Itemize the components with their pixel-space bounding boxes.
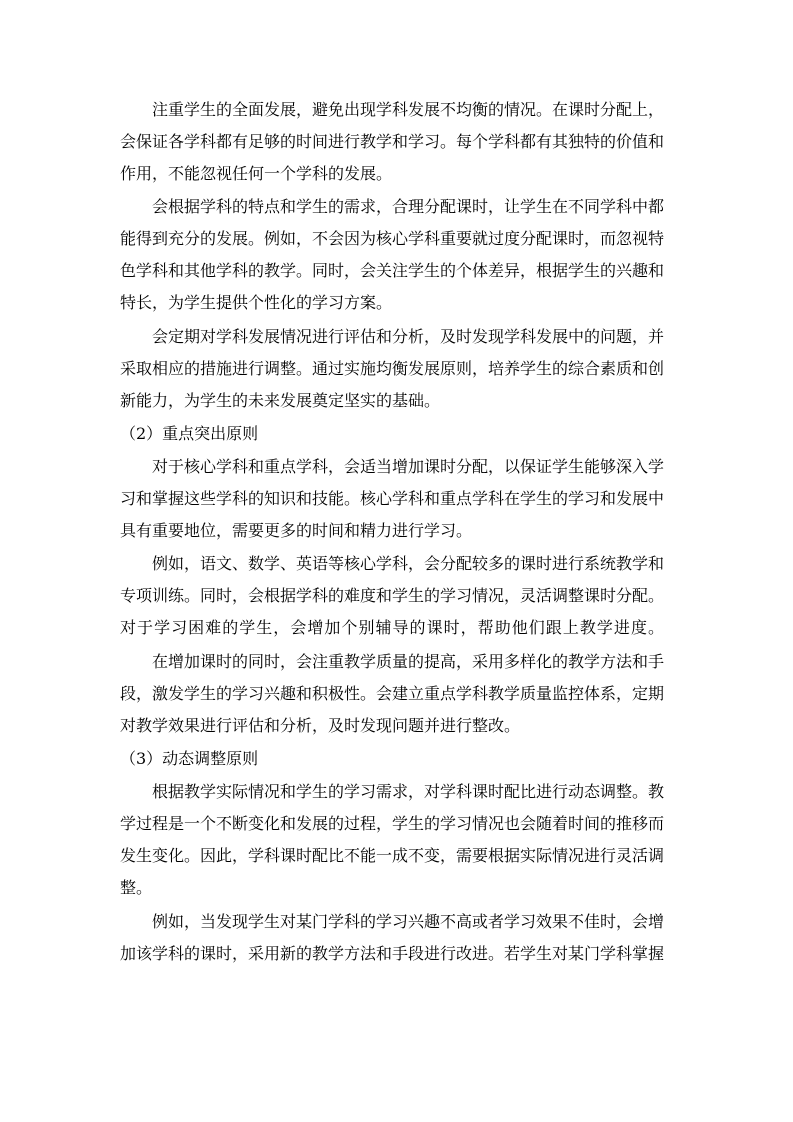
- document-page: 注重学生的全面发展，避免出现学科发展不均衡的情况。在课时分配上， 会保证各学科都…: [0, 0, 793, 1122]
- text-line: 整。: [120, 872, 664, 904]
- text-line: 作用，不能忽视任何一个学科的发展。: [120, 158, 664, 190]
- text-line: 色学科和其他学科的教学。同时，会关注学生的个体差异，根据学生的兴趣和: [120, 255, 664, 287]
- text-line: 特长，为学生提供个性化的学习方案。: [120, 287, 664, 319]
- text-line: 发生变化。因此，学科课时配比不能一成不变，需要根据实际情况进行灵活调: [120, 840, 664, 872]
- text-line: 具有重要地位，需要更多的时间和精力进行学习。: [120, 515, 664, 547]
- text-line: 习和掌握这些学科的知识和技能。核心学科和重点学科在学生的学习和发展中: [120, 483, 664, 515]
- text-line: 学过程是一个不断变化和发展的过程，学生的学习情况也会随着时间的推移而: [120, 808, 664, 840]
- text-line: 采取相应的措施进行调整。通过实施均衡发展原则，培养学生的综合素质和创: [120, 353, 664, 385]
- paragraph-adjustment-example: 例如，当发现学生对某门学科的学习兴趣不高或者学习效果不佳时，会增 加该学科的课时…: [120, 906, 664, 970]
- paragraph-evaluation: 会定期对学科发展情况进行评估和分析，及时发现学科发展中的问题，并 采取相应的措施…: [120, 321, 664, 417]
- text-line: 加该学科的课时，采用新的教学方法和手段进行改进。若学生对某门学科掌握: [120, 938, 664, 970]
- text-line: 会定期对学科发展情况进行评估和分析，及时发现学科发展中的问题，并: [120, 321, 664, 353]
- paragraph-teaching-quality: 在增加课时的同时，会注重教学质量的提高，采用多样化的教学方法和手 段，激发学生的…: [120, 646, 664, 742]
- text-line: 例如，语文、数学、英语等核心学科，会分配较多的课时进行系统教学和: [120, 548, 664, 580]
- section-heading-dynamic-adjustment: （3）动态调整原则: [120, 743, 664, 775]
- text-line: 在增加课时的同时，会注重教学质量的提高，采用多样化的教学方法和手: [120, 646, 664, 678]
- heading-text: （2）重点突出原则: [120, 418, 664, 450]
- text-line: 对教学效果进行评估和分析，及时发现问题并进行整改。: [120, 710, 664, 742]
- paragraph-core-subjects: 对于核心学科和重点学科，会适当增加课时分配，以保证学生能够深入学 习和掌握这些学…: [120, 451, 664, 547]
- paragraph-allocation: 会根据学科的特点和学生的需求，合理分配课时，让学生在不同学科中都 能得到充分的发…: [120, 191, 664, 319]
- heading-text: （3）动态调整原则: [120, 743, 664, 775]
- text-line: 会保证各学科都有足够的时间进行教学和学习。每个学科都有其独特的价值和: [120, 126, 664, 158]
- paragraph-balanced-development: 注重学生的全面发展，避免出现学科发展不均衡的情况。在课时分配上， 会保证各学科都…: [120, 94, 664, 190]
- text-line: 段，激发学生的学习兴趣和积极性。会建立重点学科教学质量监控体系，定期: [120, 678, 664, 710]
- text-line: 注重学生的全面发展，避免出现学科发展不均衡的情况。在课时分配上，: [120, 94, 664, 126]
- paragraph-core-example: 例如，语文、数学、英语等核心学科，会分配较多的课时进行系统教学和 专项训练。同时…: [120, 548, 664, 644]
- text-line: 专项训练。同时，会根据学科的难度和学生的学习情况，灵活调整课时分配。: [120, 580, 664, 612]
- text-line: 对于核心学科和重点学科，会适当增加课时分配，以保证学生能够深入学: [120, 451, 664, 483]
- paragraph-dynamic-adjustment: 根据教学实际情况和学生的学习需求，对学科课时配比进行动态调整。教 学过程是一个不…: [120, 776, 664, 904]
- text-line: 能得到充分的发展。例如，不会因为核心学科重要就过度分配课时，而忽视特: [120, 223, 664, 255]
- section-heading-key-focus: （2）重点突出原则: [120, 418, 664, 450]
- text-line: 根据教学实际情况和学生的学习需求，对学科课时配比进行动态调整。教: [120, 776, 664, 808]
- text-line: 会根据学科的特点和学生的需求，合理分配课时，让学生在不同学科中都: [120, 191, 664, 223]
- text-line: 对于学习困难的学生，会增加个别辅导的课时，帮助他们跟上教学进度。: [120, 612, 664, 644]
- document-body: 注重学生的全面发展，避免出现学科发展不均衡的情况。在课时分配上， 会保证各学科都…: [120, 94, 664, 971]
- text-line: 例如，当发现学生对某门学科的学习兴趣不高或者学习效果不佳时，会增: [120, 906, 664, 938]
- text-line: 新能力，为学生的未来发展奠定坚实的基础。: [120, 385, 664, 417]
